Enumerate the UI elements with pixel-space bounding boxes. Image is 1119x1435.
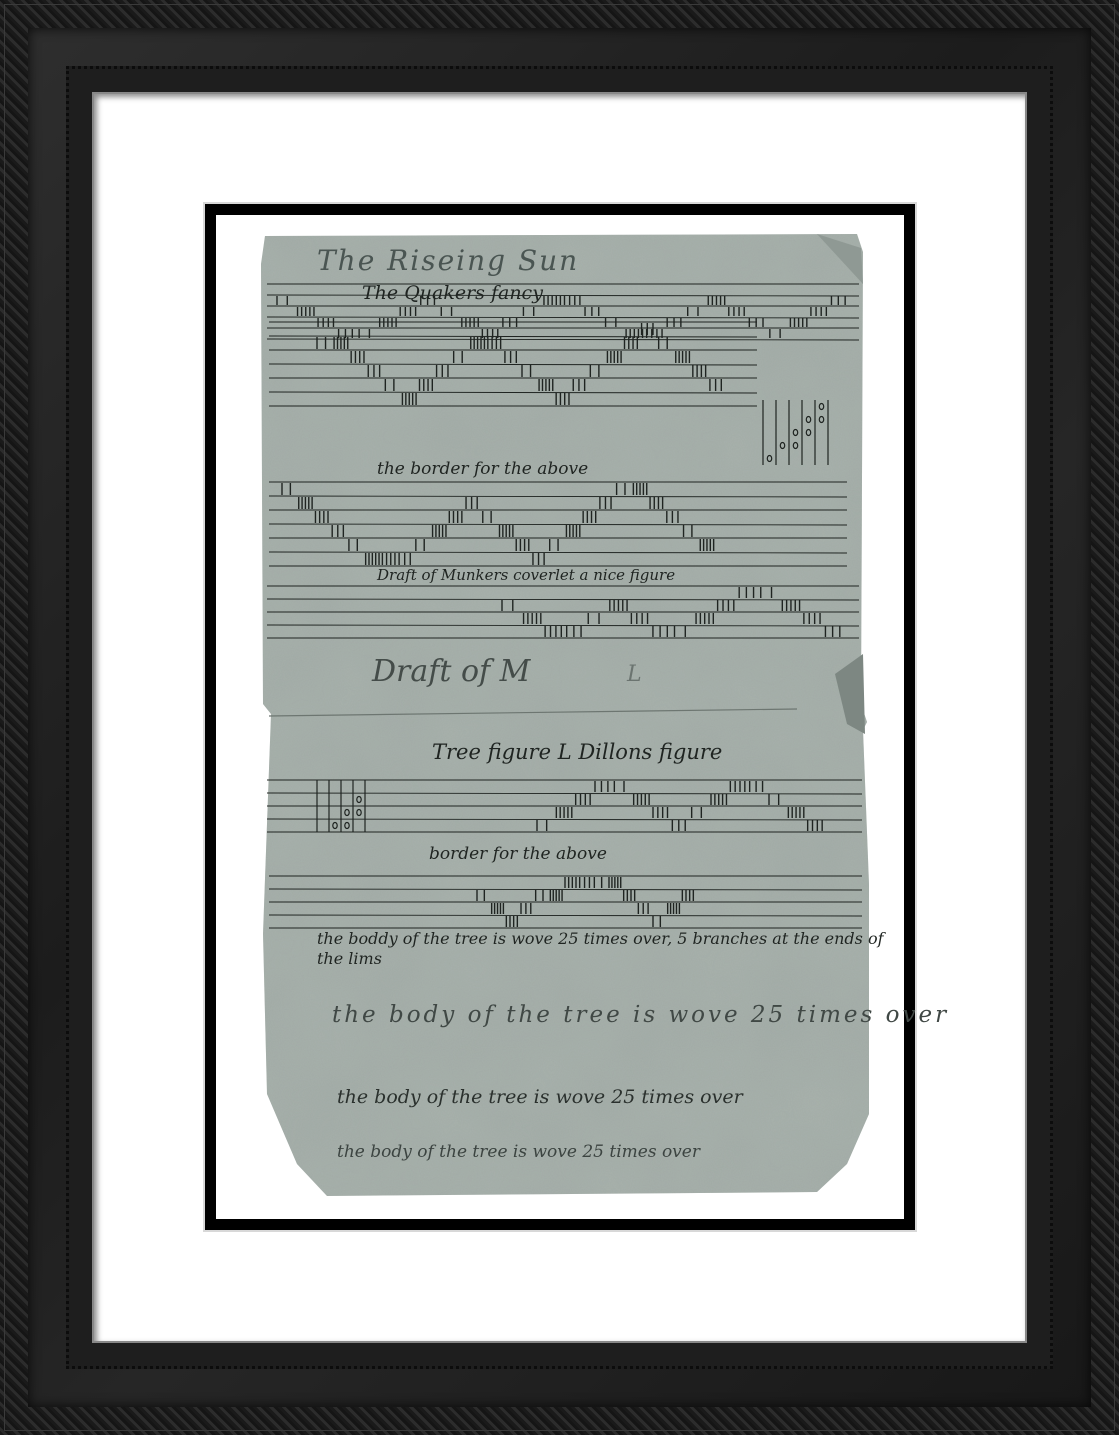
section-heading-extra: L: [627, 662, 642, 687]
note-line: the boddy of the tree is wove 25 times o…: [317, 929, 884, 948]
manuscript-drawing: [257, 234, 869, 1206]
manuscript-page: The Riseing Sun The Quakers fancy the bo…: [257, 234, 869, 1206]
note-line: the body of the tree is wove 25 times ov…: [332, 1002, 949, 1028]
section-heading: border for the above: [429, 844, 607, 864]
section-heading: Tree figure L Dillons figure: [432, 740, 722, 764]
note-line: the body of the tree is wove 25 times ov…: [337, 1142, 700, 1162]
note-line: the lims: [317, 949, 382, 968]
section-heading: the border for the above: [377, 459, 588, 479]
note-line: the body of the tree is wove 25 times ov…: [337, 1086, 743, 1108]
section-heading: Draft of Munkers coverlet a nice figure: [377, 566, 675, 584]
manuscript-title: The Riseing Sun: [317, 244, 579, 277]
section-heading: Draft of M: [372, 654, 530, 689]
section-heading: The Quakers fancy: [362, 282, 543, 304]
